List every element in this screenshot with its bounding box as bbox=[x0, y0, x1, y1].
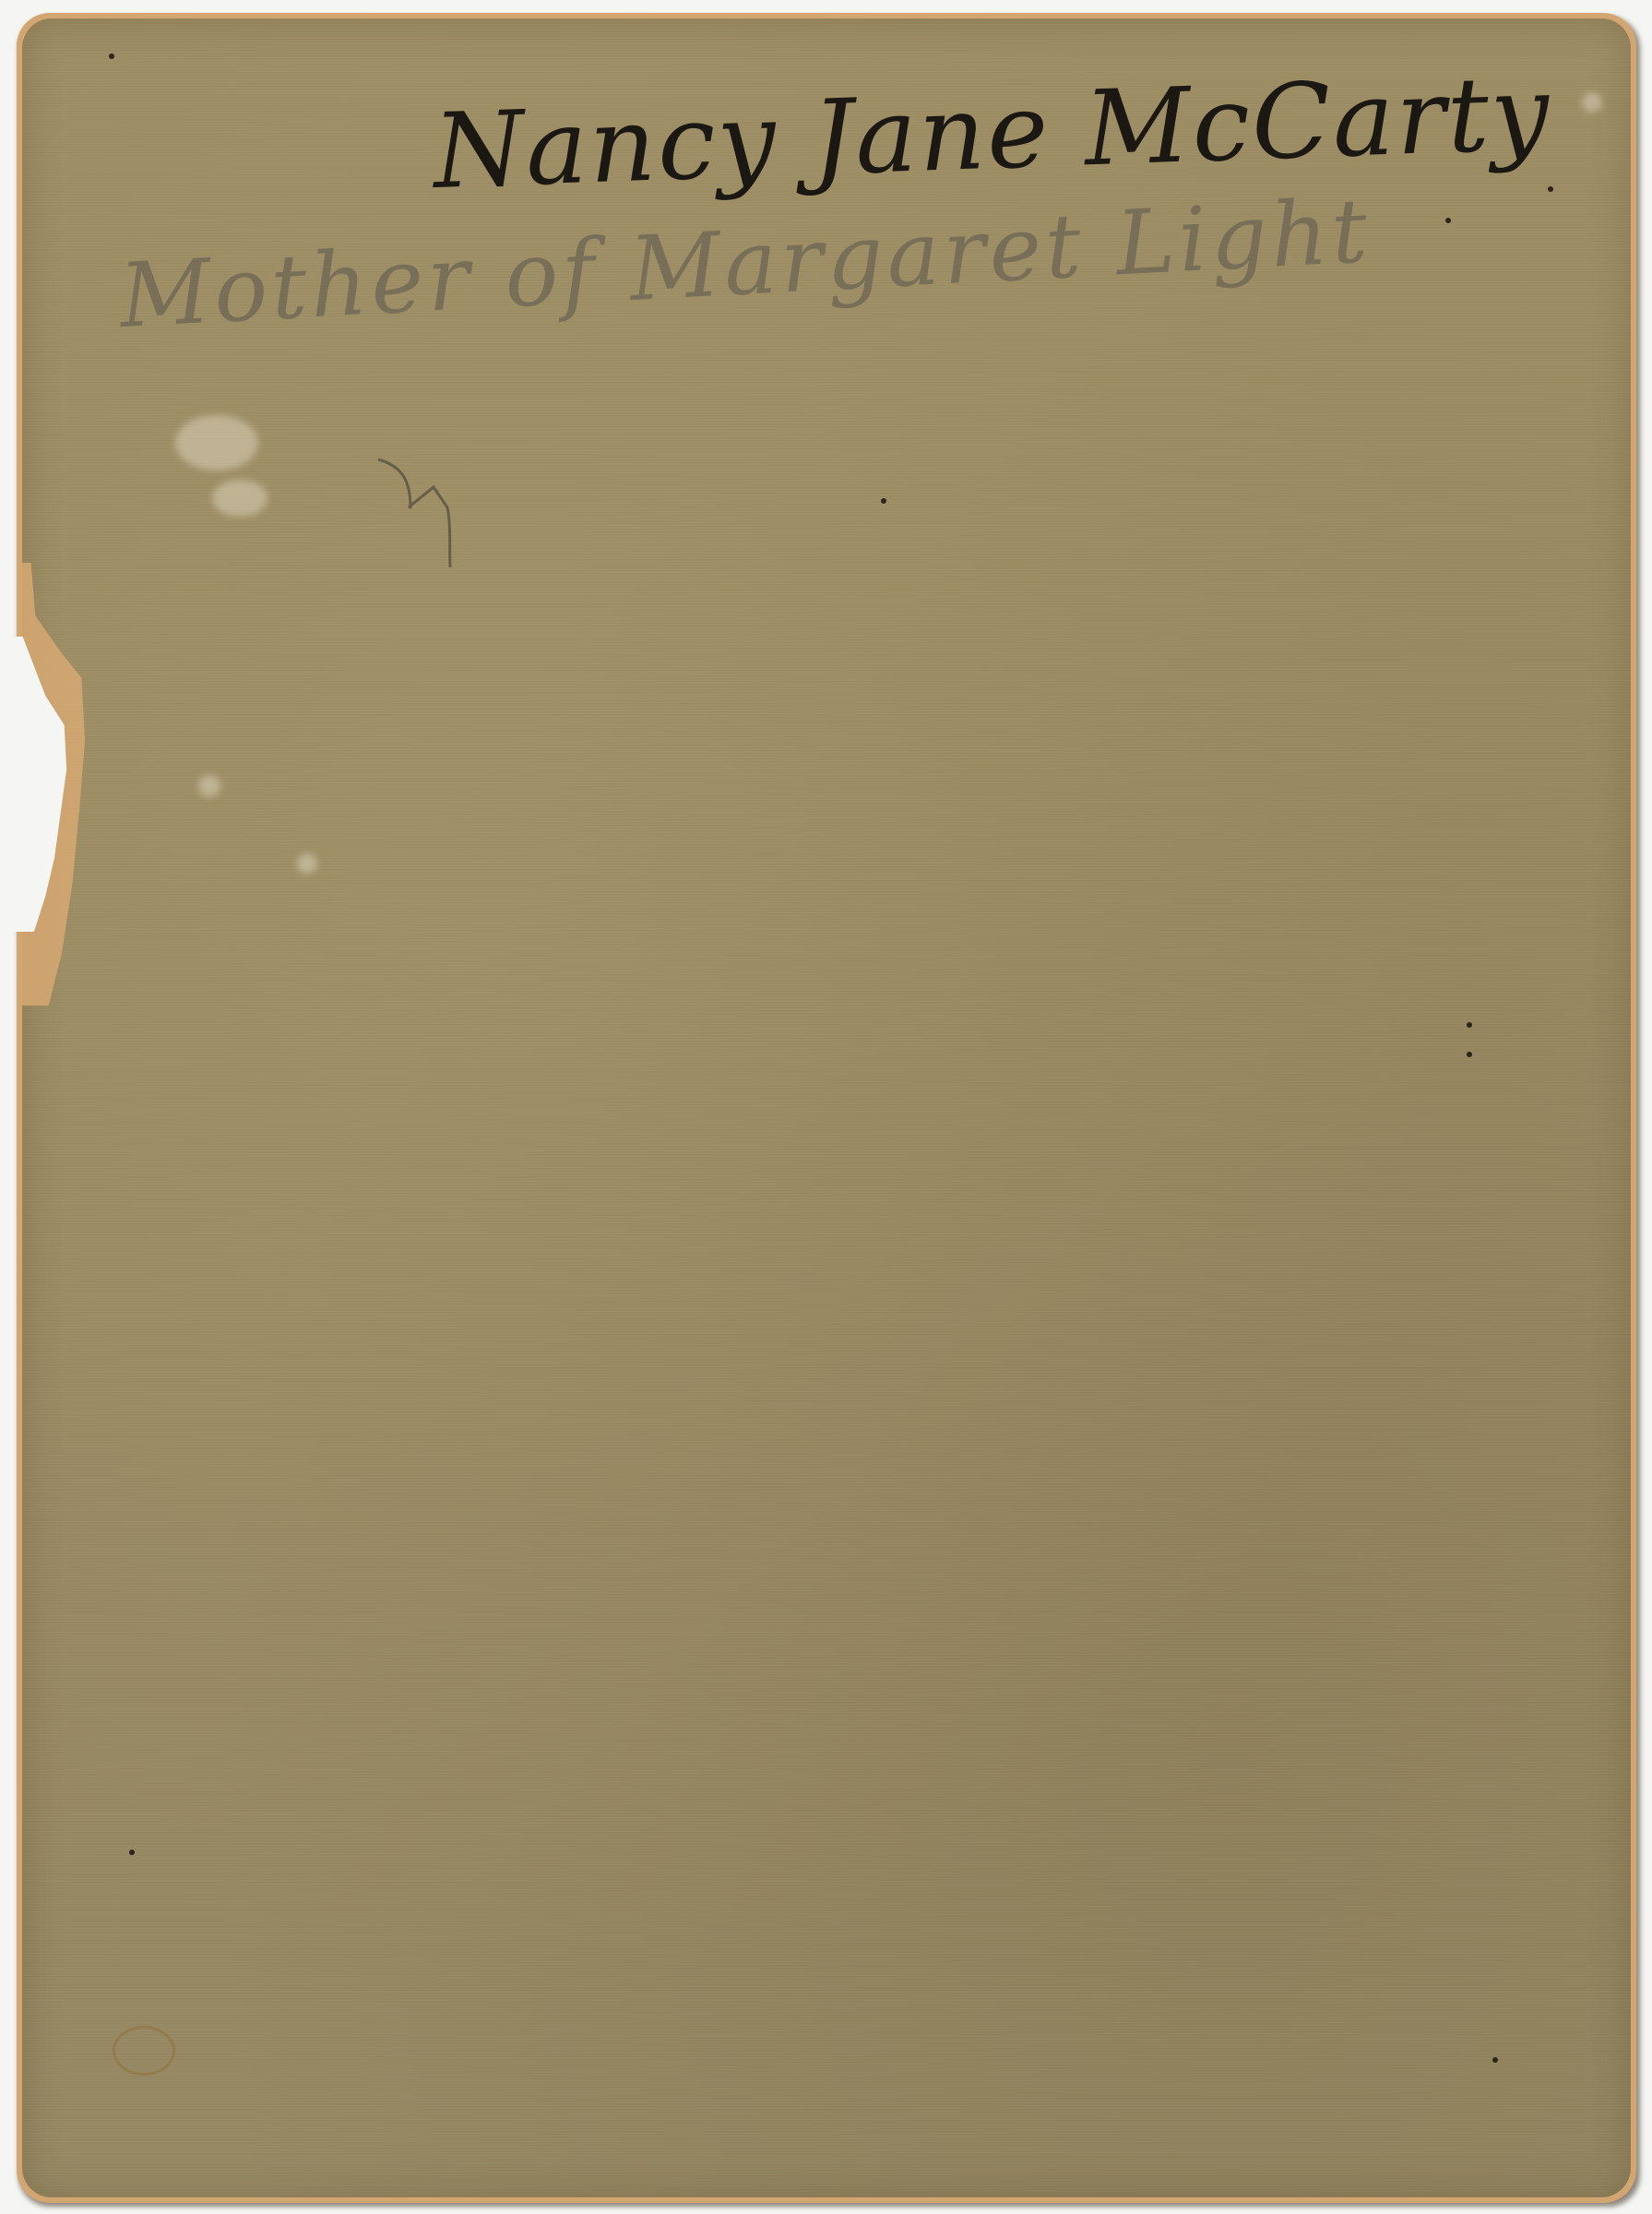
speck bbox=[1445, 218, 1451, 223]
speck bbox=[109, 54, 114, 59]
speck bbox=[1467, 1022, 1472, 1028]
surface-scuff bbox=[297, 853, 317, 874]
speck bbox=[1492, 2057, 1498, 2063]
scanned-card-photo: Nancy Jane McCarty Mother of Margaret Li… bbox=[0, 0, 1652, 2214]
surface-scuff bbox=[175, 415, 258, 470]
water-ring-stain bbox=[113, 2026, 175, 2076]
pencil-mark-icon bbox=[374, 452, 475, 572]
speck bbox=[881, 498, 886, 504]
speck bbox=[129, 1850, 135, 1855]
speck bbox=[1467, 1052, 1472, 1057]
photo-mount-card-back bbox=[22, 18, 1631, 2197]
surface-scuff bbox=[212, 480, 267, 517]
speck bbox=[1548, 186, 1553, 192]
surface-scuff bbox=[1582, 92, 1602, 113]
surface-scuff bbox=[198, 775, 220, 797]
